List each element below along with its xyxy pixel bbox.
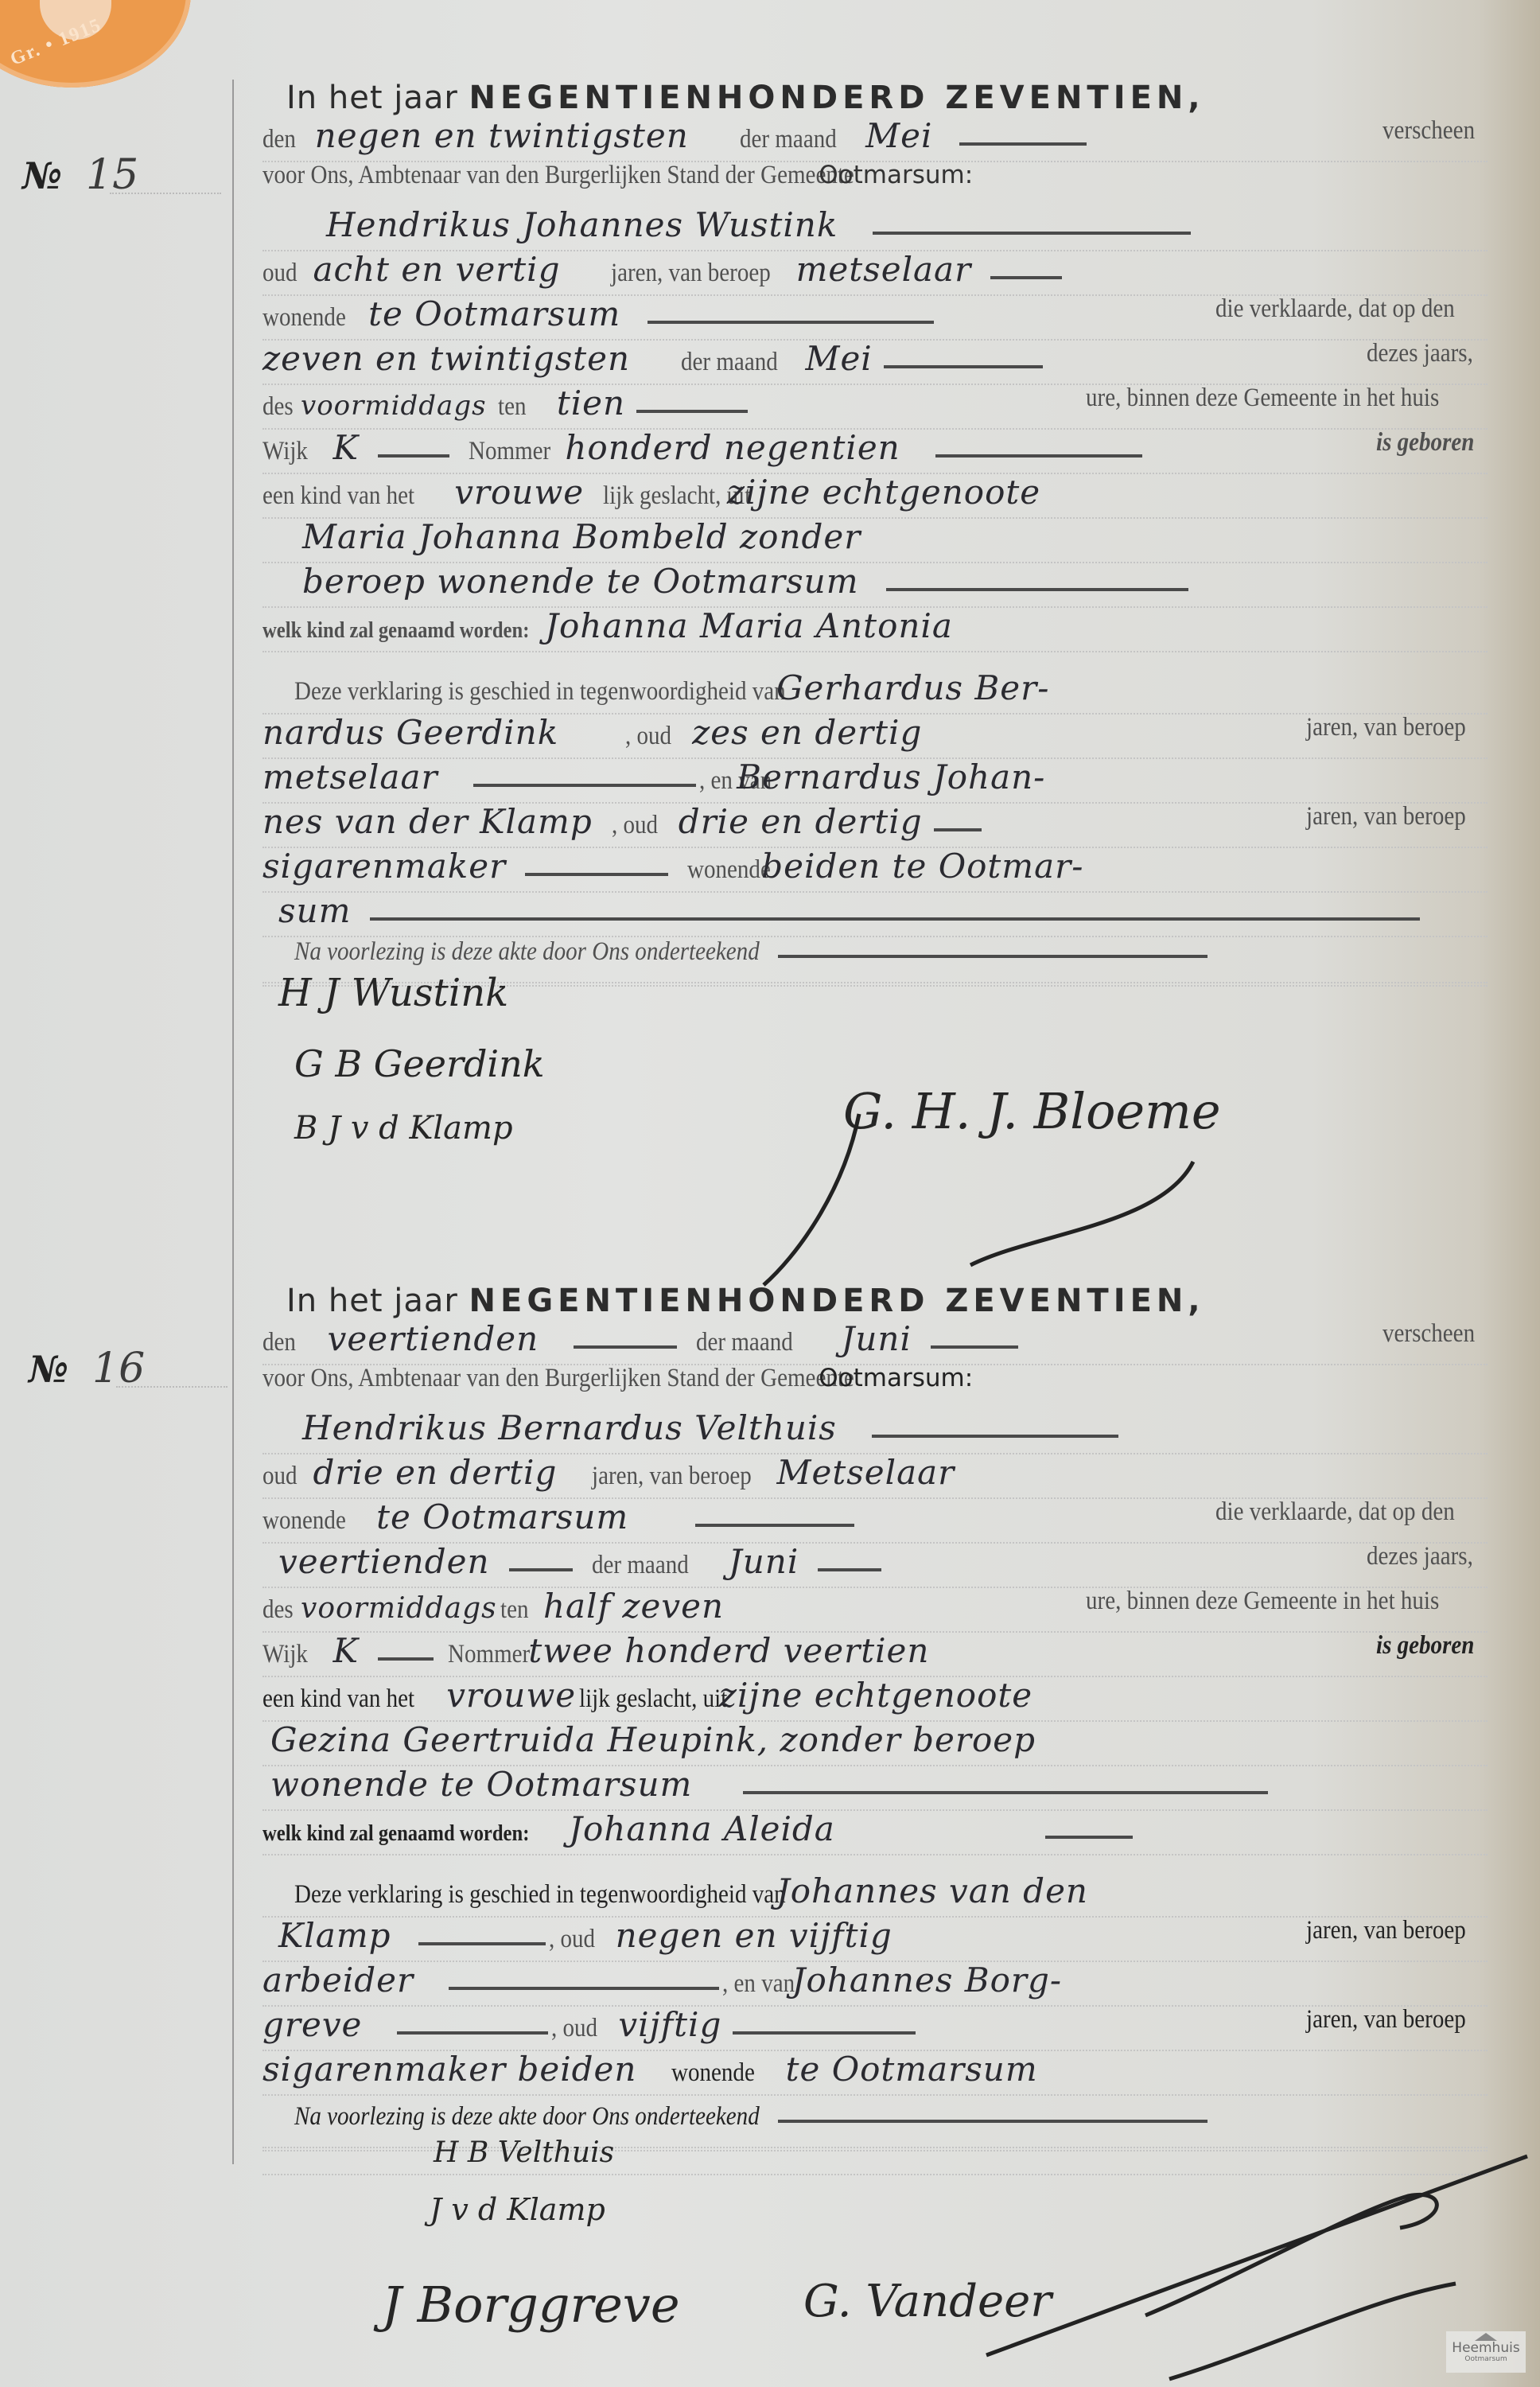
house-number: honderd negentien bbox=[565, 428, 900, 467]
line-witness1: Deze verklaring is geschied in tegenwoor… bbox=[262, 668, 1487, 715]
declarant-name: Hendrikus Johannes Wustink bbox=[326, 205, 838, 244]
label-wonende: wonende bbox=[671, 2058, 755, 2088]
label-den: den bbox=[262, 1328, 296, 1357]
line-sex: een kind van het vrouwe lijk geslacht, u… bbox=[262, 1676, 1487, 1722]
label-this-year: dezes jaars, bbox=[1367, 1542, 1473, 1571]
label-des: des bbox=[262, 1595, 294, 1625]
label-nommer: Nommer bbox=[469, 437, 550, 466]
line-mother-residence: wonende te Ootmarsum bbox=[262, 1765, 1487, 1811]
label-month: der maand bbox=[681, 348, 778, 377]
label-location: ure, binnen deze Gemeente in het huis bbox=[1086, 384, 1439, 413]
label-location: ure, binnen deze Gemeente in het huis bbox=[1086, 1587, 1439, 1616]
witness2-age: vijftig bbox=[618, 2005, 721, 2044]
witness1-name-cont: nardus Geerdink bbox=[262, 713, 558, 752]
line-age: oud drie en dertig jaren, van beroep Met… bbox=[262, 1453, 1487, 1499]
line-sex: een kind van het vrouwe lijk geslacht, u… bbox=[262, 473, 1487, 519]
declarant-residence: te Ootmarsum bbox=[376, 1497, 628, 1536]
child-sex: vrouwe bbox=[446, 1676, 576, 1715]
label-den: den bbox=[262, 125, 296, 154]
witness2-name: Johannes Borg- bbox=[792, 1961, 1062, 2000]
line-witness1: Deze verklaring is geschied in tegenwoor… bbox=[262, 1871, 1487, 1918]
label-wonende: wonende bbox=[262, 303, 346, 333]
line-mother-residence: beroep wonende te Ootmarsum bbox=[262, 562, 1487, 608]
label-verscheen: verscheen bbox=[1382, 1319, 1475, 1349]
line-declarant: Hendrikus Bernardus Velthuis bbox=[262, 1408, 1487, 1454]
witness2-occupation: sigarenmaker bbox=[262, 847, 506, 886]
line-declarant: Hendrikus Johannes Wustink bbox=[262, 205, 1487, 251]
line-witness2: metselaar , en van Bernardus Johan- bbox=[262, 757, 1487, 804]
witnesses-residence: te Ootmarsum bbox=[786, 2050, 1038, 2089]
label-ten: ten bbox=[500, 1595, 528, 1625]
heading-year: NEGENTIENHONDERD ZEVENTIEN, bbox=[469, 80, 1205, 116]
label-declared: die verklaarde, dat op den bbox=[1215, 294, 1455, 324]
line-child-name: welk kind zal genaamd worden: Johanna Ma… bbox=[262, 606, 1487, 652]
witnesses-residence-cont: sum bbox=[278, 891, 351, 930]
label-des: des bbox=[262, 392, 294, 422]
signature-witness1: J v d Klamp bbox=[430, 2192, 605, 2227]
witness1-occupation: arbeider bbox=[262, 1961, 414, 2000]
witness1-name: Johannes van den bbox=[776, 1871, 1088, 1910]
label-witnesses: Deze verklaring is geschied in tegenwoor… bbox=[294, 677, 786, 707]
declarant-age: acht en vertig bbox=[313, 250, 561, 289]
line-mother: Gezina Geertruida Heupink, zonder beroep bbox=[262, 1720, 1487, 1766]
birth-day: zeven en twintigsten bbox=[262, 339, 630, 378]
declarant-occupation: Metselaar bbox=[777, 1453, 955, 1492]
line-time: des voormiddags ten half zeven ure, binn… bbox=[262, 1587, 1487, 1633]
label-this-year: dezes jaars, bbox=[1367, 339, 1473, 368]
label-oud: oud bbox=[262, 259, 297, 288]
birth-hour: half zeven bbox=[543, 1587, 724, 1626]
municipality: Ootmarsum: bbox=[819, 161, 973, 189]
heemhuis-watermark: Heemhuis Ootmarsum bbox=[1446, 2331, 1526, 2373]
child-name: Johanna Aleida bbox=[569, 1809, 835, 1848]
declarant-age: drie en dertig bbox=[313, 1453, 558, 1492]
mother-residence: wonende te Ootmarsum bbox=[270, 1765, 692, 1804]
witness1-age: zes en dertig bbox=[692, 713, 922, 752]
line-age: oud acht en vertig jaren, van beroep met… bbox=[262, 250, 1487, 296]
line-address: Wijk K Nommer twee honderd veertien is g… bbox=[262, 1631, 1487, 1677]
line-witness-residence: sigarenmaker wonende beiden te Ootmar- bbox=[262, 847, 1487, 893]
line-date: den veertienden der maand Juni verscheen bbox=[262, 1319, 1487, 1365]
label-wijk: Wijk bbox=[262, 1640, 308, 1669]
witness1-name: Gerhardus Ber- bbox=[776, 668, 1049, 707]
label-and-of: , en van bbox=[722, 1969, 795, 1999]
label-verscheen: verscheen bbox=[1382, 116, 1475, 146]
label-signed: Na voorlezing is deze akte door Ons onde… bbox=[294, 2102, 760, 2132]
label-official: voor Ons, Ambtenaar van den Burgerlijken… bbox=[262, 161, 854, 190]
witness1-age: negen en vijftig bbox=[616, 1916, 892, 1955]
time-of-day: voormiddags bbox=[301, 1592, 497, 1625]
label-month: der maand bbox=[740, 125, 837, 154]
label-signed: Na voorlezing is deze akte door Ons onde… bbox=[294, 937, 760, 967]
line-birthdate: zeven en twintigsten der maand Mei dezes… bbox=[262, 339, 1487, 385]
witness2-age: drie en dertig bbox=[679, 802, 923, 841]
label-wonende: wonende bbox=[687, 855, 771, 885]
line-residence: wonende te Ootmarsum die verklaarde, dat… bbox=[262, 294, 1487, 341]
heading-prefix: In het jaar bbox=[286, 1283, 458, 1319]
label-oud: , oud bbox=[612, 811, 658, 840]
entry-number: №16 bbox=[29, 1345, 145, 1392]
line-witness-residence: sigarenmaker beiden wonende te Ootmarsum bbox=[262, 2050, 1487, 2096]
line-birthdate: veertienden der maand Juni dezes jaars, bbox=[262, 1542, 1487, 1588]
label-oud: , oud bbox=[551, 2014, 597, 2043]
birth-hour: tien bbox=[557, 384, 625, 422]
witness2-name-cont: nes van der Klamp bbox=[262, 802, 593, 841]
label-official: voor Ons, Ambtenaar van den Burgerlijken… bbox=[262, 1364, 854, 1393]
witness1-occupation: metselaar bbox=[262, 757, 438, 796]
mother-name: Gezina Geertruida Heupink, zonder beroep bbox=[270, 1720, 1036, 1759]
label-wonende: wonende bbox=[262, 1506, 346, 1536]
revenue-stamp: Gr. • 1915 bbox=[0, 0, 191, 88]
record-number: 15 bbox=[86, 151, 138, 199]
label-month: der maand bbox=[696, 1328, 793, 1357]
declarant-residence: te Ootmarsum bbox=[368, 294, 620, 333]
label-child-name: welk kind zal genaamd worden: bbox=[262, 618, 529, 644]
child-sex: vrouwe bbox=[454, 473, 584, 512]
month-value: Juni bbox=[842, 1319, 912, 1358]
declarant-occupation: metselaar bbox=[796, 250, 972, 289]
signature-witness2: J Borggreve bbox=[382, 2276, 680, 2334]
line-date: den negen en twintigsten der maand Mei v… bbox=[262, 116, 1487, 162]
witness2-name-cont: greve bbox=[262, 2005, 362, 2044]
margin-rule bbox=[232, 80, 234, 2164]
relation: zijne echtgenoote bbox=[727, 473, 1040, 512]
line-witness2-age: nes van der Klamp , oud drie en dertig j… bbox=[262, 802, 1487, 848]
month-value: Mei bbox=[865, 116, 932, 155]
signature-flourish bbox=[748, 1098, 1432, 1289]
line-official: voor Ons, Ambtenaar van den Burgerlijken… bbox=[262, 161, 1487, 205]
label-occupation: jaren, van beroep bbox=[1306, 802, 1466, 831]
label-occupation: jaren, van beroep bbox=[611, 259, 771, 288]
label-wijk: Wijk bbox=[262, 437, 308, 466]
label-child-name: welk kind zal genaamd worden: bbox=[262, 1821, 529, 1847]
label-child-of: een kind van het bbox=[262, 1684, 414, 1714]
mother-name: Maria Johanna Bombeld zonder bbox=[302, 517, 861, 556]
heading-prefix: In het jaar bbox=[286, 80, 458, 116]
mother-residence: beroep wonende te Ootmarsum bbox=[302, 562, 859, 601]
line-residence-cont: sum bbox=[262, 891, 1487, 937]
heading-year: NEGENTIENHONDERD ZEVENTIEN, bbox=[469, 1283, 1205, 1319]
declarant-name: Hendrikus Bernardus Velthuis bbox=[302, 1408, 837, 1447]
watermark-location: Ootmarsum bbox=[1446, 2355, 1526, 2363]
record-number: 16 bbox=[92, 1345, 145, 1392]
line-official: voor Ons, Ambtenaar van den Burgerlijken… bbox=[262, 1364, 1487, 1408]
signature-declarant: H B Velthuis bbox=[434, 2136, 614, 2169]
line-child-name: welk kind zal genaamd worden: Johanna Al… bbox=[262, 1809, 1487, 1855]
birth-month: Juni bbox=[729, 1542, 799, 1581]
signature-flourish bbox=[795, 2148, 1540, 2387]
birth-month: Mei bbox=[805, 339, 872, 378]
signature-witness2: B J v d Klamp bbox=[294, 1110, 513, 1147]
line-witness2-age: greve , oud vijftig jaren, van beroep bbox=[262, 2005, 1487, 2051]
witness1-name-cont: Klamp bbox=[278, 1916, 391, 1955]
child-name: Johanna Maria Antonia bbox=[545, 606, 953, 645]
label-occupation: jaren, van beroep bbox=[1306, 713, 1466, 742]
line-residence: wonende te Ootmarsum die verklaarde, dat… bbox=[262, 1497, 1487, 1544]
birth-day: veertienden bbox=[278, 1542, 490, 1581]
label-born: is geboren bbox=[1376, 428, 1474, 458]
year-heading: In het jaar NEGENTIENHONDERD ZEVENTIEN, bbox=[286, 1283, 1205, 1319]
signature-declarant: H J Wustink bbox=[278, 971, 508, 1015]
label-occupation: jaren, van beroep bbox=[1306, 1916, 1466, 1945]
witnesses-residence: beiden te Ootmar- bbox=[761, 847, 1083, 886]
line-witness1-age: Klamp , oud negen en vijftig jaren, van … bbox=[262, 1916, 1487, 1962]
label-oud: , oud bbox=[625, 722, 671, 751]
line-witness1-age: nardus Geerdink , oud zes en dertig jare… bbox=[262, 713, 1487, 759]
day-value: veertienden bbox=[328, 1319, 539, 1358]
day-value: negen en twintigsten bbox=[315, 116, 689, 155]
watermark-brand: Heemhuis bbox=[1446, 2341, 1526, 2355]
label-oud: , oud bbox=[549, 1925, 595, 1954]
witness2-occupation: sigarenmaker beiden bbox=[262, 2050, 636, 2089]
label-declared: die verklaarde, dat op den bbox=[1215, 1497, 1455, 1527]
line-witness2: arbeider , en van Johannes Borg- bbox=[262, 1961, 1487, 2007]
house-number: twee honderd veertien bbox=[528, 1631, 929, 1670]
relation: zijne echtgenoote bbox=[719, 1676, 1032, 1715]
line-time: des voormiddags ten tien ure, binnen dez… bbox=[262, 384, 1487, 430]
municipality: Ootmarsum: bbox=[819, 1364, 973, 1392]
label-nommer: Nommer bbox=[448, 1640, 530, 1669]
label-born: is geboren bbox=[1376, 1631, 1474, 1661]
label-occupation: jaren, van beroep bbox=[592, 1462, 752, 1491]
label-sex: lijk geslacht, uit bbox=[579, 1684, 727, 1714]
number-sign: № bbox=[29, 1348, 68, 1391]
line-mother: Maria Johanna Bombeld zonder bbox=[262, 517, 1487, 563]
wijk-value: K bbox=[333, 1631, 359, 1670]
year-heading: In het jaar NEGENTIENHONDERD ZEVENTIEN, bbox=[286, 80, 1205, 116]
label-oud: oud bbox=[262, 1462, 297, 1491]
wijk-value: K bbox=[333, 428, 359, 467]
signature-witness1: G B Geerdink bbox=[294, 1042, 545, 1085]
witness2-name: Bernardus Johan- bbox=[737, 757, 1045, 796]
label-ten: ten bbox=[498, 392, 526, 422]
label-child-of: een kind van het bbox=[262, 481, 414, 511]
entry-number: №15 bbox=[22, 151, 138, 199]
label-witnesses: Deze verklaring is geschied in tegenwoor… bbox=[294, 1880, 786, 1910]
number-sign: № bbox=[22, 154, 62, 197]
time-of-day: voormiddags bbox=[301, 390, 487, 422]
label-occupation: jaren, van beroep bbox=[1306, 2005, 1466, 2035]
line-address: Wijk K Nommer honderd negentien is gebor… bbox=[262, 428, 1487, 474]
label-month: der maand bbox=[592, 1551, 689, 1580]
